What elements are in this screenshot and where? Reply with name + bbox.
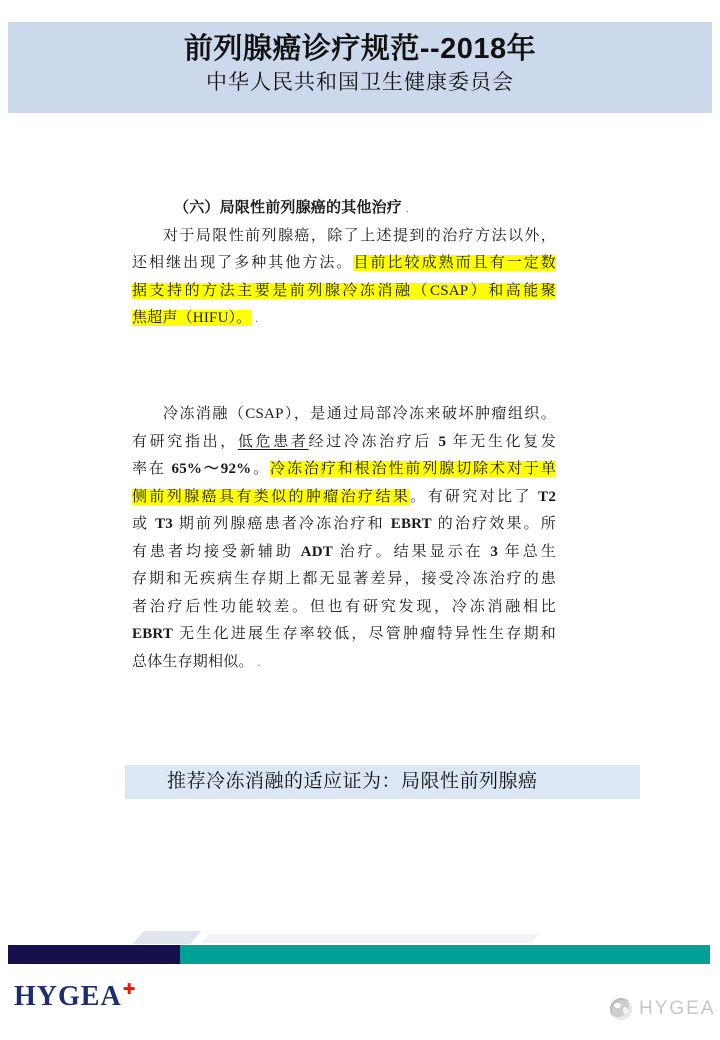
text-segment: 的治疗效果。所: [432, 516, 556, 532]
text-segment: 65%～92%: [172, 461, 252, 477]
text-line: 有患者均接受新辅助 ADT 治疗。结果显示在 3 年总生: [132, 539, 556, 567]
red-cross-icon: ✚: [123, 980, 137, 998]
text-segment: 。有研究对比了: [410, 489, 538, 505]
paragraph-mark: .: [406, 204, 409, 215]
hygea-watermark: HYGEA: [610, 998, 716, 1020]
text-segment: T3: [155, 516, 173, 532]
text-segment: EBRT: [391, 516, 432, 532]
text-segment: 或: [132, 516, 155, 532]
text-segment: （六）局限性前列腺癌的其他治疗: [174, 200, 402, 216]
text-line: 总体生存期相似。.: [132, 649, 556, 677]
text-segment: 率在: [132, 461, 172, 477]
slide-subtitle: 中华人民共和国卫生健康委员会: [8, 68, 712, 98]
text-segment: 存期和无疾病生存期上都无显著差异，接受冷冻治疗的患: [132, 571, 556, 587]
body-paragraph: 冷冻消融（CSAP），是通过局部冷冻来破坏肿瘤组织。有研究指出，低危患者经过冷冻…: [132, 401, 556, 676]
highlighted-text: 目前比较成熟而且有一定数: [353, 255, 556, 271]
highlighted-text: 据支持的方法主要是前列腺冷冻消融（CSAP）和高能聚: [132, 283, 556, 299]
text-line: （六）局限性前列腺癌的其他治疗.: [132, 195, 556, 223]
text-segment: 冷冻消融（CSAP），是通过局部冷冻来破坏肿瘤组织。: [163, 406, 556, 422]
slide-title: 前列腺癌诊疗规范--2018年: [8, 30, 712, 68]
text-line: 对于局限性前列腺癌，除了上述提到的治疗方法以外，: [132, 223, 556, 251]
text-segment: 经过冷冻治疗后: [309, 434, 439, 450]
paragraph-mark: .: [258, 658, 261, 669]
highlighted-text: 冷冻治疗和根治性前列腺切除术对于单: [270, 461, 556, 477]
footer-swoosh-decoration: [201, 934, 539, 943]
text-line: 据支持的方法主要是前列腺冷冻消融（CSAP）和高能聚: [132, 278, 556, 306]
highlighted-text: 侧前列腺癌具有类似的肿瘤治疗结果: [132, 489, 410, 505]
underlined-text: 低危患者: [238, 434, 309, 450]
hygea-logo: HYGEA✚: [14, 981, 136, 1013]
text-line: EBRT 无生化进展生存率较低，尽管肿瘤特异性生存期和: [132, 621, 556, 649]
recommendation-text: 推荐冷冻消融的适应证为：局限性前列腺癌: [167, 771, 538, 792]
text-segment: 年总生: [498, 544, 556, 560]
text-line: 冷冻消融（CSAP），是通过局部冷冻来破坏肿瘤组织。: [132, 401, 556, 429]
footer-bar-teal: [180, 945, 710, 964]
hygea-watermark-icon: [610, 998, 632, 1020]
text-segment: 者治疗后性功能较差。但也有研究发现，冷冻消融相比: [132, 599, 556, 615]
paragraph-mark: .: [256, 314, 259, 325]
recommendation-banner: 推荐冷冻消融的适应证为：局限性前列腺癌: [125, 765, 640, 799]
text-segment: 有患者均接受新辅助: [132, 544, 301, 560]
text-segment: 对于局限性前列腺癌，除了上述提到的治疗方法以外，: [163, 228, 556, 244]
text-segment: 。: [251, 461, 270, 477]
text-line: 还相继出现了多种其他方法。目前比较成熟而且有一定数: [132, 250, 556, 278]
footer-swoosh-decoration: [133, 931, 202, 944]
text-line: 存期和无疾病生存期上都无显著差异，接受冷冻治疗的患: [132, 566, 556, 594]
text-segment: 无生化进展生存率较低，尽管肿瘤特异性生存期和: [173, 626, 556, 642]
text-segment: 有研究指出，: [132, 434, 238, 450]
text-line: 有研究指出，低危患者经过冷冻治疗后 5 年无生化复发: [132, 429, 556, 457]
text-segment: 总体生存期相似。: [132, 654, 254, 670]
section-heading-and-paragraph: （六）局限性前列腺癌的其他治疗.对于局限性前列腺癌，除了上述提到的治疗方法以外，…: [132, 195, 556, 333]
footer-bar-navy: [8, 945, 180, 964]
hygea-logo-text: HYGEA: [14, 981, 122, 1012]
text-segment: 治疗。结果显示在: [333, 544, 490, 560]
text-segment: 还相继出现了多种其他方法。: [132, 255, 353, 271]
text-segment: ADT: [301, 544, 333, 560]
text-segment: T2: [538, 489, 556, 505]
text-segment: EBRT: [132, 626, 173, 642]
slide-header: 前列腺癌诊疗规范--2018年 中华人民共和国卫生健康委员会: [8, 22, 712, 113]
text-segment: 年无生化复发: [446, 434, 556, 450]
text-line: 者治疗后性功能较差。但也有研究发现，冷冻消融相比: [132, 594, 556, 622]
text-line: 焦超声（HIFU）。.: [132, 305, 556, 333]
text-line: 侧前列腺癌具有类似的肿瘤治疗结果。有研究对比了 T2: [132, 484, 556, 512]
text-line: 或 T3 期前列腺癌患者冷冻治疗和 EBRT 的治疗效果。所: [132, 511, 556, 539]
text-segment: 期前列腺癌患者冷冻治疗和: [173, 516, 391, 532]
text-segment: 3: [490, 544, 498, 560]
highlighted-text: 焦超声（HIFU）。: [132, 310, 252, 326]
hygea-watermark-label: HYGEA: [639, 998, 716, 1020]
text-line: 率在 65%～92%。冷冻治疗和根治性前列腺切除术对于单: [132, 456, 556, 484]
